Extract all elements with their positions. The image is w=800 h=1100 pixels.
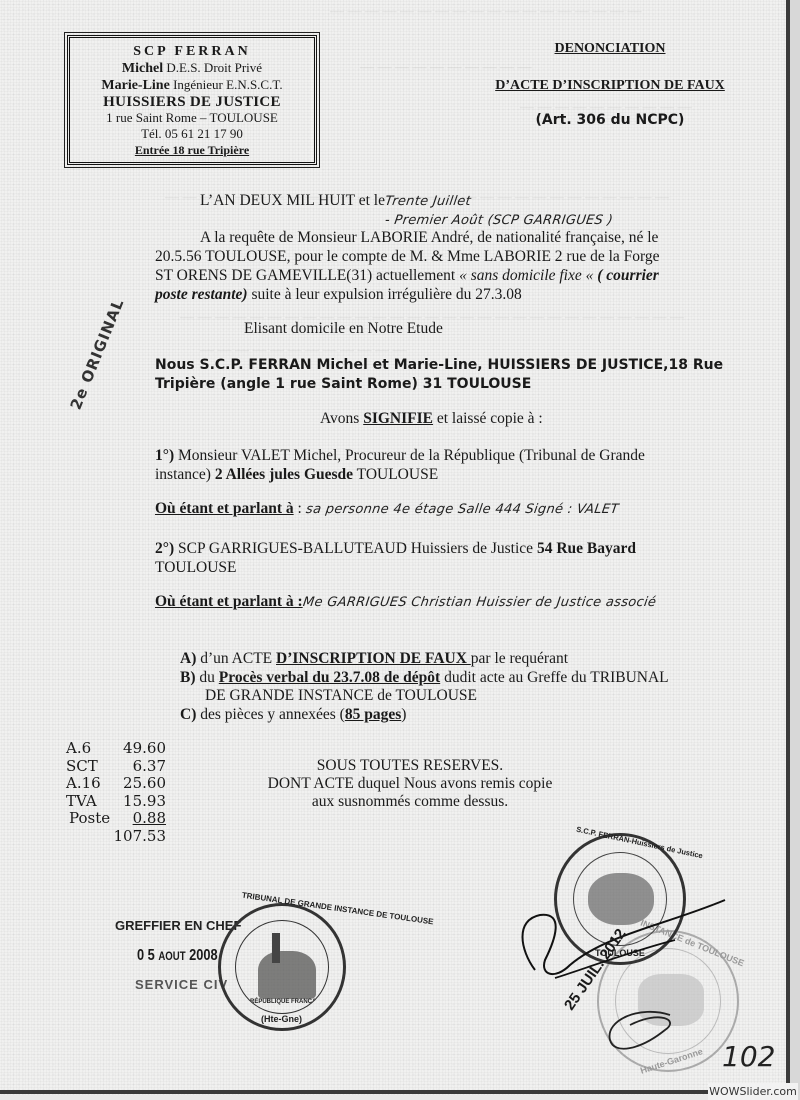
partner-2-title: Ingénieur E.N.S.C.T.	[173, 77, 283, 92]
seal-tower-icon	[272, 933, 280, 963]
speaking-sep: :	[294, 500, 306, 517]
document-c: C) des pièces y annexées (85 pages)	[180, 705, 406, 724]
greffe-title: GREFFIER EN CHEF	[115, 918, 241, 933]
initials-scribble	[600, 1005, 690, 1060]
recipient-2-speaking: Où étant et parlant à : Me GARRIGUES Chr…	[155, 592, 656, 612]
firm-name: SCP FERRAN	[70, 44, 314, 60]
document-b-title: Procès verbal du 23.7.08 de dépôt	[219, 669, 440, 686]
requester-status: « sans domicile fixe «	[459, 267, 597, 284]
handwritten-date-1: Trente Juillet	[384, 192, 473, 211]
speaking-label-2: Où étant et parlant à :	[155, 593, 303, 610]
fee-value: 15.93	[116, 793, 166, 811]
requester-line-1: A la requête de Monsieur LABORIE André, …	[200, 228, 658, 247]
partner-1: Michel D.E.S. Droit Privé	[70, 60, 314, 77]
seal-emblem-icon	[258, 951, 316, 999]
letterhead-box: SCP FERRAN Michel D.E.S. Droit Privé Mar…	[67, 35, 317, 165]
seal-top-text: S.C.P. FERRAN-Huissiers de Justice	[575, 825, 703, 861]
document-b-letter: B)	[180, 669, 196, 686]
speaking-label-1: Où étant et parlant à	[155, 500, 294, 517]
handwritten-speaking-1: sa personne 4e étage Salle 444 Signé : V…	[304, 500, 619, 519]
seal-bottom-text: (Hte-Gne)	[261, 1014, 302, 1024]
recipient-1-name: Monsieur VALET Michel, Procureur de la R…	[174, 447, 645, 464]
signified-line: Avons SIGNIFIE et laissé copie à :	[320, 409, 543, 428]
recipient-1-speaking: Où étant et parlant à : sa personne 4e é…	[155, 499, 618, 519]
fee-label: TVA	[66, 793, 116, 811]
tribunal-seal: RÉPUBLIQUE FRANÇAISE TRIBUNAL DE GRANDE …	[218, 903, 346, 1031]
requester-line-2: 20.5.56 TOULOUSE, pour le compte de M. &…	[155, 247, 660, 266]
date-intro-printed: L’AN DEUX MIL HUIT et le	[200, 192, 385, 209]
recipient-1-line-1: 1°) Monsieur VALET Michel, Procureur de …	[155, 446, 645, 465]
title-line-2: D’ACTE D’INSCRIPTION DE FAUX	[470, 72, 750, 102]
phone: Tél. 05 61 21 17 90	[70, 126, 314, 142]
partner-1-name: Michel	[122, 61, 163, 76]
fee-row: TVA15.93	[66, 793, 166, 811]
recipient-2-number: 2°)	[155, 540, 174, 557]
profession: HUISSIERS DE JUSTICE	[70, 94, 314, 110]
recipient-2-name: SCP GARRIGUES-BALLUTEAUD Huissiers de Ju…	[174, 540, 537, 557]
requester-line-4: poste restante) suite à leur expulsion i…	[155, 285, 522, 304]
recipient-2-line-2: TOULOUSE	[155, 558, 237, 577]
recipient-1-city: TOULOUSE	[353, 466, 438, 483]
page-border-bottom	[0, 1090, 790, 1094]
document-b: B) du Procès verbal du 23.7.08 de dépôt …	[180, 668, 669, 687]
fee-row: SCT6.37	[66, 758, 166, 776]
fee-value: 49.60	[116, 740, 166, 758]
document-a-letter: A)	[180, 650, 196, 667]
greffe-month: AOUT	[158, 949, 185, 963]
requester-line-3a: ST ORENS DE GAMEVILLE(31) actuellement	[155, 267, 459, 284]
fees-total: 107.53	[66, 828, 166, 846]
seal-inner-ring: RÉPUBLIQUE FRANÇAISE	[235, 920, 329, 1014]
fees-table: A.649.60 SCT6.37 A.1625.60 TVA15.93 Post…	[66, 740, 166, 845]
requester-line-3: ST ORENS DE GAMEVILLE(31) actuellement «…	[155, 266, 659, 285]
partner-2: Marie-Line Ingénieur E.N.S.C.T.	[70, 77, 314, 94]
signified-after: et laissé copie à :	[433, 410, 543, 427]
handwritten-page-number: 102	[722, 1040, 775, 1073]
original-stamp: 2e ORIGINAL	[67, 296, 128, 412]
domicile-intro: Elisant domicile en Notre Etude	[244, 319, 443, 338]
greffe-day: 0 5	[137, 947, 155, 964]
address: 1 rue Saint Rome – TOULOUSE	[70, 110, 314, 126]
partner-2-name: Marie-Line	[101, 78, 169, 93]
recipient-2-address: 54 Rue Bayard	[537, 540, 636, 557]
entrance: Entrée 18 rue Tripière	[70, 142, 314, 158]
domicile-line-1: Nous S.C.P. FERRAN Michel et Marie-Line,…	[155, 356, 723, 375]
page-shadow	[790, 0, 800, 1100]
closing-line-1: SOUS TOUTES RESERVES.	[240, 757, 580, 775]
requester-expulsion: suite à leur expulsion irrégulière du 27…	[248, 286, 522, 303]
domicile-line-2: Tripière (angle 1 rue Saint Rome) 31 TOU…	[155, 375, 531, 394]
requester-mail-cont: poste restante)	[155, 286, 248, 303]
fee-value: 25.60	[116, 775, 166, 793]
closing-line-3: aux susnommés comme dessus.	[240, 793, 580, 811]
fee-label: Poste	[66, 810, 116, 828]
greffe-date: 0 5 AOUT 2008	[137, 947, 221, 965]
watermark-label: WOWSlider.com	[708, 1083, 798, 1100]
title-line-1: DENONCIATION	[470, 40, 750, 64]
partner-1-title: D.E.S. Droit Privé	[166, 60, 262, 75]
recipient-1-line-2: instance) 2 Allées jules Guesde TOULOUSE	[155, 465, 438, 484]
fee-row: A.1625.60	[66, 775, 166, 793]
document-title: DENONCIATION D’ACTE D’INSCRIPTION DE FAU…	[470, 40, 750, 128]
document-a-post: par le requérant	[471, 650, 568, 667]
handwritten-date-2-wrap: - Premier Août (SCP GARRIGUES )	[385, 211, 613, 229]
document-b-cont: DE GRANDE INSTANCE de TOULOUSE	[205, 686, 477, 705]
recipient-1-address: 2 Allées jules Guesde	[215, 466, 353, 483]
document-a-pre: d’un ACTE	[196, 650, 276, 667]
greffe-year: 2008	[189, 947, 217, 964]
closing-line-2: DONT ACTE duquel Nous avons remis copie	[240, 775, 580, 793]
recipient-2-line-1: 2°) SCP GARRIGUES-BALLUTEAUD Huissiers d…	[155, 539, 636, 558]
document-a: A) d’un ACTE D’INSCRIPTION DE FAUX par l…	[180, 649, 568, 668]
document-c-pre: des pièces y annexées (	[196, 706, 344, 723]
document-b-pre: du	[196, 669, 219, 686]
requester-mail: ( courrier	[597, 267, 659, 284]
document-page: — — — — — — — — — — — — — — — — — — — — …	[0, 0, 786, 1095]
recipient-1-line-2a: instance)	[155, 466, 215, 483]
date-intro: L’AN DEUX MIL HUIT et leTrente Juillet	[200, 191, 471, 211]
fee-label: A.16	[66, 775, 116, 793]
fee-value: 6.37	[116, 758, 166, 776]
document-b-post: dudit acte au Greffe du TRIBUNAL	[440, 669, 668, 686]
document-c-letter: C)	[180, 706, 196, 723]
fee-label: A.6	[66, 740, 116, 758]
document-c-pages: 85 pages	[345, 706, 401, 723]
signified-before: Avons	[320, 410, 363, 427]
document-c-post: )	[401, 706, 406, 723]
closing-block: SOUS TOUTES RESERVES. DONT ACTE duquel N…	[240, 757, 580, 811]
signified-keyword: SIGNIFIE	[363, 410, 433, 427]
fee-row: A.649.60	[66, 740, 166, 758]
handwritten-date-2: - Premier Août (SCP GARRIGUES )	[384, 213, 614, 228]
title-line-3: (Art. 306 du NCPC)	[470, 112, 750, 128]
seal-center-text: RÉPUBLIQUE FRANÇAISE	[250, 999, 326, 1005]
document-a-title: D’INSCRIPTION DE FAUX	[276, 650, 471, 667]
show-through-text: — — — — — — — — — — — — — — — — — —	[330, 4, 642, 20]
fee-row: Poste0.88	[66, 810, 166, 828]
handwritten-speaking-2: Me GARRIGUES Christian Huissier de Justi…	[301, 593, 657, 612]
recipient-1-number: 1°)	[155, 447, 174, 464]
fee-label: SCT	[66, 758, 116, 776]
fee-value: 0.88	[133, 809, 166, 827]
